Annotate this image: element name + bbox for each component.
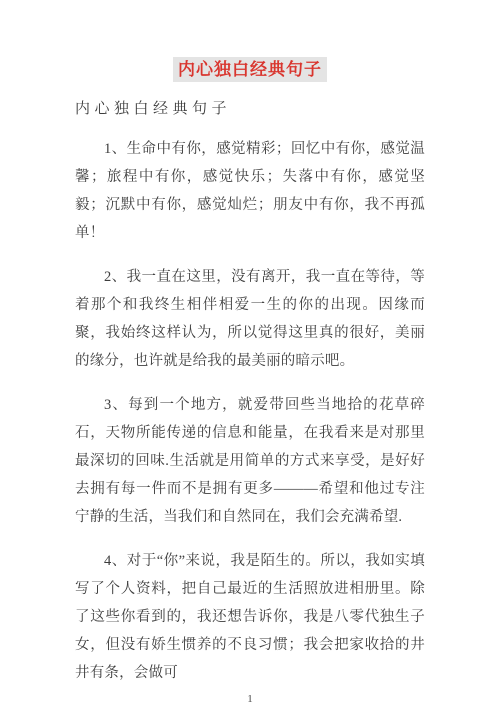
- title-row: 内心独白经典句子: [0, 57, 500, 82]
- page-number: 1: [0, 693, 500, 705]
- paragraph-2: 2、我一直在这里，没有离开，我一直在等待，等着那个和我终生相伴相爱一生的你的出现…: [75, 263, 425, 375]
- document-subtitle: 内心独白经典句子: [75, 99, 425, 119]
- paragraph-3: 3、每到一个地方，就爱带回些当地拾的花草碎石，天物所能传递的信息和能量，在我看来…: [75, 391, 425, 531]
- paragraph-1: 1、生命中有你，感觉精彩；回忆中有你，感觉温馨；旅程中有你，感觉快乐；失落中有你…: [75, 135, 425, 247]
- document-body: 1、生命中有你，感觉精彩；回忆中有你，感觉温馨；旅程中有你，感觉快乐；失落中有你…: [75, 135, 425, 687]
- document-page: 内心独白经典句子 内心独白经典句子 1、生命中有你，感觉精彩；回忆中有你，感觉温…: [0, 0, 500, 708]
- paragraph-4: 4、对于“你”来说，我是陌生的。所以，我如实填写了个人资料，把自己最近的生活照放…: [75, 547, 425, 687]
- document-title: 内心独白经典句子: [173, 57, 327, 82]
